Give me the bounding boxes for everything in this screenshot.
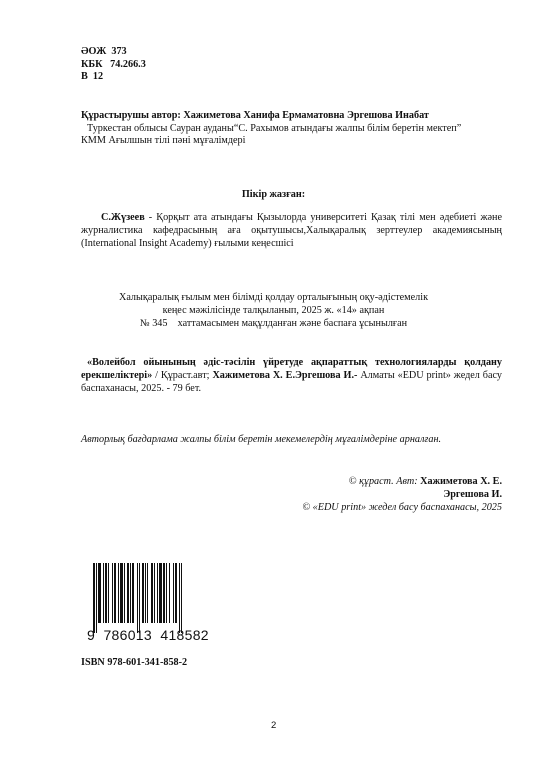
compiler-block: Құрастырушы автор: Хажиметова Ханифа Ерм… — [81, 110, 501, 148]
compiler-line: Құрастырушы автор: Хажиметова Ханифа Ерм… — [81, 110, 501, 123]
copyright-block: © құраст. Авт: Хажиметова Х. Е. Эргешова… — [302, 475, 502, 514]
author-mark: В 12 — [81, 71, 146, 84]
udc-code: ӘОЖ 373 — [81, 46, 146, 59]
approval-line-2: кеңес мәжілісінде талқыланып, 2025 ж. «1… — [0, 304, 547, 317]
copyright-author-1: Хажиметова Х. Е. — [420, 476, 502, 487]
page-number: 2 — [271, 720, 276, 731]
compiler-affiliation-1: Туркестан облысы Сауран ауданы“С. Рахымо… — [81, 123, 501, 136]
reviewer-name: С.Жүзеев — [101, 212, 145, 223]
isbn-text: ISBN 978-601-341-858-2 — [81, 657, 187, 668]
approval-line-3: № 345 хаттамасымен мақұлданған және басп… — [0, 317, 547, 330]
barcode-bars — [93, 563, 223, 625]
isbn-barcode: 9 786013 418582 — [93, 563, 223, 623]
book-authors: Хажиметова Х. Е.Эргешова И.- — [212, 370, 357, 381]
compiler-affiliation-2: КММ Ағылшын тілі пәні мұғалімдері — [81, 135, 501, 148]
reviewer-block: С.Жүзеев - Қорқыт ата атындағы Қызылорда… — [81, 211, 502, 250]
approval-block: Халықаралық ғылым мен білімді қолдау орт… — [0, 291, 547, 330]
bibliographic-record: «Волейбол ойынының әдіс-тәсілін үйретуде… — [81, 356, 502, 395]
copyright-prefix: © құраст. Авт: — [349, 476, 420, 487]
reviewer-heading: Пікір жазған: — [0, 189, 547, 200]
compiler-label: Құрастырушы автор: — [81, 110, 181, 121]
lbc-code: КБК 74.266.3 — [81, 59, 146, 72]
copyright-publisher: © «EDU print» жедел басу баспаханасы, 20… — [302, 501, 502, 514]
compiler-names: Хажиметова Ханифа Ермаматовна Эргешова И… — [183, 110, 429, 121]
audience-note: Авторлық бағдарлама жалпы білім беретін … — [81, 434, 441, 445]
compiled-label: / Құраст.авт; — [152, 370, 212, 381]
approval-line-1: Халықаралық ғылым мен білімді қолдау орт… — [0, 291, 547, 304]
classification-codes: ӘОЖ 373 КБК 74.266.3 В 12 — [81, 46, 146, 84]
barcode-digits: 9 786013 418582 — [87, 627, 209, 643]
reviewer-description: - Қорқыт ата атындағы Қызылорда универси… — [81, 212, 502, 249]
copyright-author-2: Эргешова И. — [302, 488, 502, 501]
